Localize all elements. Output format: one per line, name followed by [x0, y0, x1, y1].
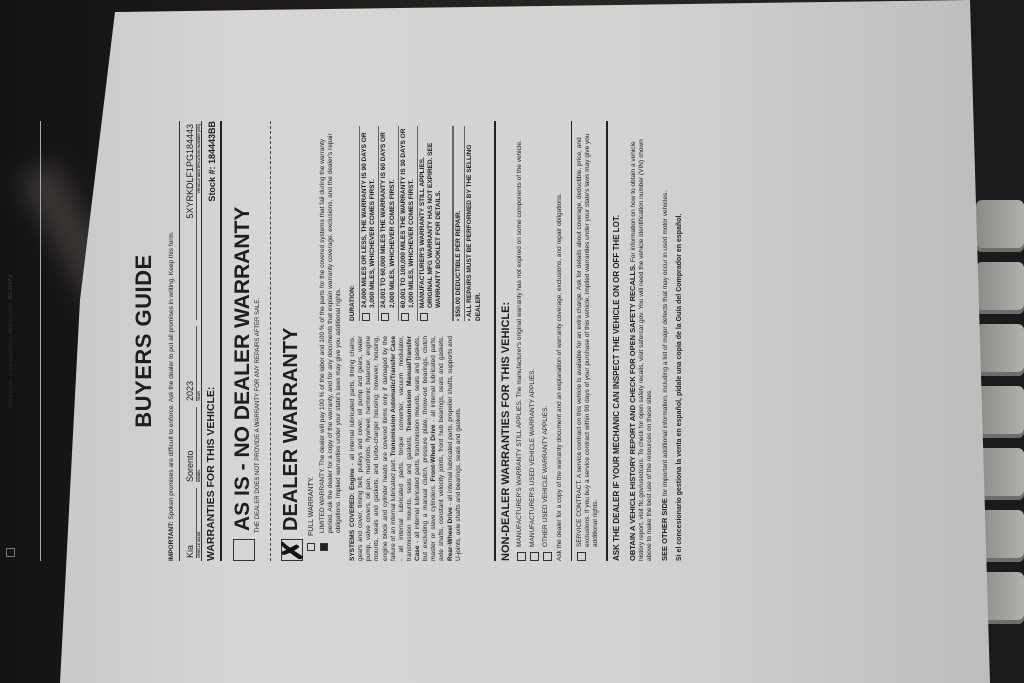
- important-label: IMPORTANT:: [168, 521, 175, 561]
- duration-option: 24,000 MILES OR LESS, THE WARRANTY IS 90…: [359, 126, 378, 321]
- duration-checkbox[interactable]: [420, 313, 428, 321]
- keyboard-key: [976, 324, 1024, 376]
- non-dealer-checkbox[interactable]: [517, 552, 526, 561]
- system-name: Engine: [349, 468, 356, 490]
- stock-number: Stock #: 184443BB: [207, 121, 218, 202]
- vehicle-info-row: Kia VEHICLE MAKE Sorento MODEL 2023 YEAR…: [185, 121, 203, 561]
- warranty-term: • $50.00 DEDUCTIBLE PER REPAIR.: [453, 126, 464, 321]
- ask-copy-text: Ask the dealer for a copy of the warrant…: [556, 121, 564, 561]
- service-contract-text: SERVICE CONTRACT. A service contract on …: [576, 121, 600, 547]
- vehicle-model-value: Sorento: [185, 407, 196, 482]
- system-name: Transmission Automatic/Transfer Case: [390, 336, 397, 456]
- non-dealer-option: MANUFACTURER'S WARRANTY STILL APPLIES. T…: [516, 121, 526, 561]
- duration-text: 24,001 TO 60,000 MILES THE WARRANTY IS 6…: [380, 126, 396, 308]
- duration-text: MANUFACTURER'S WARRANTY STILL APPLIES. O…: [419, 126, 443, 308]
- dealer-warranty-checkbox[interactable]: [281, 539, 303, 561]
- vehicle-model-field: Sorento MODEL: [185, 404, 203, 485]
- duration-text: 60,001 TO 100,000 MILES THE WARRANTY IS …: [400, 126, 416, 308]
- as-is-option: AS IS - NO DEALER WARRANTY: [230, 121, 256, 561]
- warranties-heading-row: WARRANTIES FOR THIS VEHICLE: Stock #: 18…: [205, 121, 222, 561]
- as-is-subtitle: THE DEALER DOES NOT PROVIDE A WARRANTY F…: [255, 121, 263, 533]
- duration-text: 24,000 MILES OR LESS, THE WARRANTY IS 90…: [361, 126, 377, 308]
- non-dealer-option: OTHER USED VEHICLE WARRANTY APPLIES.: [542, 121, 552, 561]
- other-side-heading: SEE OTHER SIDE: [660, 498, 669, 561]
- non-dealer-text: OTHER USED VEHICLE WARRANTY APPLIES.: [542, 406, 552, 547]
- non-dealer-list: MANUFACTURER'S WARRANTY STILL APPLIES. T…: [516, 121, 552, 561]
- warranty-terms-list: • $50.00 DEDUCTIBLE PER REPAIR.• ALL REP…: [453, 126, 483, 321]
- important-notice: IMPORTANT: Spoken promises are difficult…: [168, 121, 180, 561]
- service-contract-checkbox[interactable]: [577, 552, 586, 561]
- other-side-text: for important additional information, in…: [662, 191, 669, 498]
- system-name: Rear-Wheel Drive: [447, 507, 454, 561]
- stock-value: 184443BB: [207, 121, 217, 164]
- form-number: BG-2017-X: [8, 274, 14, 299]
- limited-warranty-option: LIMITED WARRANTY. The dealer will pay 10…: [319, 121, 343, 551]
- keyboard-key: [976, 200, 1024, 252]
- vehicle-model-label: MODEL: [196, 407, 201, 482]
- duration-label: DURATION:: [349, 126, 357, 321]
- non-dealer-checkbox[interactable]: [543, 552, 552, 561]
- full-warranty-option: FULL WARRANTY.: [307, 121, 317, 551]
- vehicle-vin-value: 5XYRKDLF1PG184443: [185, 124, 196, 320]
- vehicle-year-value: 2023: [185, 326, 196, 401]
- vehicle-vin-field: 5XYRKDLF1PG184443 VEHICLE IDENTIFICATION…: [185, 121, 203, 323]
- duration-checkbox[interactable]: [401, 313, 409, 321]
- non-dealer-heading: NON-DEALER WARRANTIES FOR THIS VEHICLE:: [494, 121, 514, 561]
- buyers-guide-document: Reorder From: ✦J Car Business Co. (800) …: [130, 121, 910, 561]
- dealer-warranty-option: DEALER WARRANTY: [279, 121, 304, 561]
- perforation-line: [40, 121, 41, 561]
- non-dealer-text: MANUFACTURER'S WARRANTY STILL APPLIES. T…: [516, 140, 526, 547]
- duration-option: 24,001 TO 60,000 MILES THE WARRANTY IS 6…: [378, 126, 397, 321]
- vehicle-make-field: Kia VEHICLE MAKE: [185, 485, 203, 561]
- vehicle-make-value: Kia: [185, 488, 196, 558]
- non-dealer-text: MANUFACTURER'S USED VEHICLE WARRANTY APP…: [529, 369, 539, 547]
- form-source-line: Reorder From: ✦J Car Business Co. (800) …: [8, 303, 13, 408]
- spanish-notice: Si el concesionario gestiona la venta en…: [676, 121, 685, 561]
- keyboard-key: [976, 262, 1024, 314]
- warranty-term: • ALL REPAIRS MUST BE PERFORMED BY THE S…: [464, 126, 483, 321]
- vehicle-history-heading: OBTAIN A VEHICLE HISTORY REPORT AND CHEC…: [628, 264, 637, 561]
- stock-label: Stock #:: [207, 167, 217, 202]
- full-warranty-label: FULL WARRANTY.: [308, 476, 315, 536]
- mechanic-inspection-notice: ASK THE DEALER IF YOUR MECHANIC CAN INSP…: [606, 121, 622, 561]
- warranties-heading: WARRANTIES FOR THIS VEHICLE:: [205, 387, 218, 561]
- duration-section: DURATION: 24,000 MILES OR LESS, THE WARR…: [349, 126, 484, 321]
- non-dealer-checkbox[interactable]: [530, 552, 539, 561]
- service-contract-option: SERVICE CONTRACT. A service contract on …: [576, 121, 600, 561]
- duration-checkbox[interactable]: [381, 313, 389, 321]
- dealer-warranty-title: DEALER WARRANTY: [279, 328, 304, 531]
- as-is-title: AS IS - NO DEALER WARRANTY: [230, 207, 256, 531]
- duration-option: MANUFACTURER'S WARRANTY STILL APPLIES. O…: [417, 126, 444, 321]
- dashed-divider: [270, 121, 271, 561]
- vehicle-vin-label: VEHICLE IDENTIFICATION NUMBER (VIN): [196, 124, 201, 320]
- other-side-paragraph: SEE OTHER SIDE for important additional …: [660, 121, 670, 561]
- page-title: BUYERS GUIDE: [130, 121, 158, 561]
- perforation-box: [6, 548, 15, 557]
- vehicle-year-label: YEAR: [196, 326, 201, 401]
- vehicle-year-field: 2023 YEAR: [185, 323, 203, 404]
- coverage-section: SYSTEMS COVERED: Engine - all internal l…: [349, 121, 484, 561]
- systems-covered-label: SYSTEMS COVERED:: [349, 493, 356, 561]
- divider: [571, 121, 572, 561]
- duration-checkbox[interactable]: [362, 313, 370, 321]
- vehicle-make-label: VEHICLE MAKE: [196, 488, 201, 558]
- keyboard-key: [976, 386, 1024, 438]
- form-source-strip: Reorder From: ✦J Car Business Co. (800) …: [8, 121, 38, 561]
- systems-covered: SYSTEMS COVERED: Engine - all internal l…: [349, 336, 484, 561]
- limited-warranty-text: LIMITED WARRANTY. The dealer will pay 10…: [319, 121, 343, 533]
- system-name: Front-Wheel Drive: [430, 425, 437, 482]
- duration-option: 60,001 TO 100,000 MILES THE WARRANTY IS …: [398, 126, 417, 321]
- non-dealer-option: MANUFACTURER'S USED VEHICLE WARRANTY APP…: [529, 121, 539, 561]
- limited-warranty-checkbox[interactable]: [320, 543, 328, 551]
- vehicle-history-paragraph: OBTAIN A VEHICLE HISTORY REPORT AND CHEC…: [628, 121, 654, 561]
- duration-list: 24,000 MILES OR LESS, THE WARRANTY IS 90…: [359, 126, 444, 321]
- full-warranty-checkbox[interactable]: [307, 543, 315, 551]
- as-is-checkbox[interactable]: [233, 539, 255, 561]
- important-text: Spoken promises are difficult to enforce…: [168, 231, 175, 519]
